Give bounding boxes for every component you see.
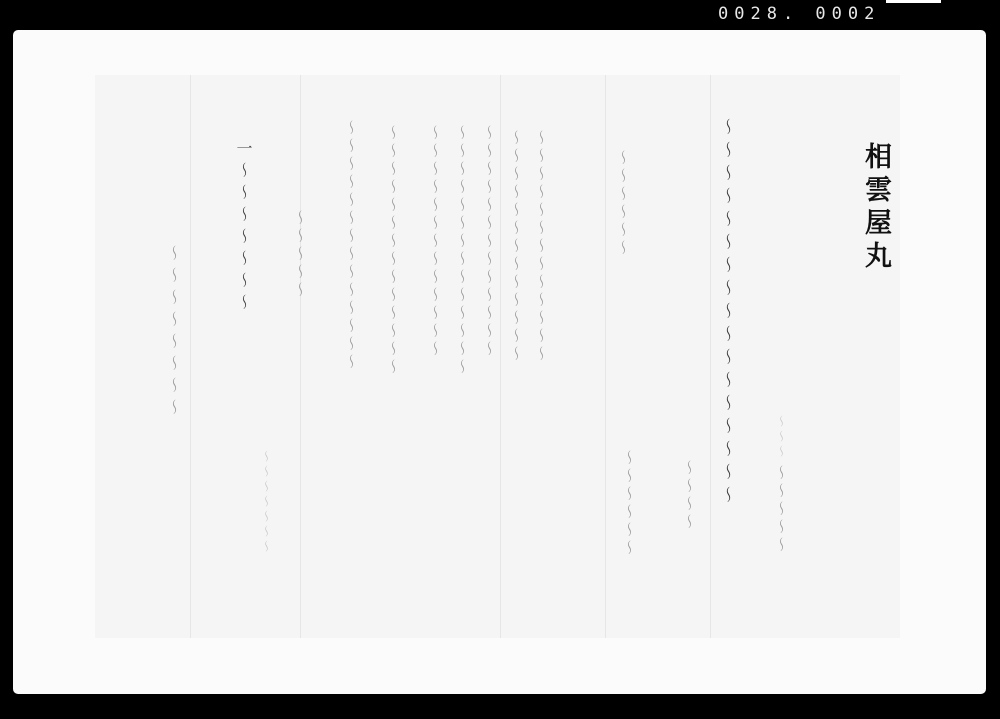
text-column: 〜〜〜〜〜〜〜〜〜〜〜〜〜〜 — [343, 120, 358, 372]
frame-number: 0028. 0002 — [718, 4, 880, 24]
text-column: 〜〜〜〜〜〜〜〜〜〜〜〜〜 — [533, 130, 548, 364]
fold-line — [500, 75, 501, 638]
text-column: 〜〜〜〜〜〜〜〜〜〜〜〜〜〜 — [454, 125, 469, 377]
text-column: 〜〜〜〜〜 — [292, 210, 307, 300]
text-column: 〜〜〜〜 — [681, 460, 696, 532]
signature-column: 〜〜〜〜〜〜〜〜 — [165, 245, 181, 421]
text-column: 〜〜〜〜〜〜〜〜〜〜〜〜〜 — [481, 125, 496, 359]
film-marker — [886, 0, 941, 3]
text-column: 〜〜〜〜〜〜〜〜〜〜〜〜〜〜 — [385, 125, 400, 377]
text-column: 〜〜〜〜〜〜〜 — [260, 450, 272, 555]
text-column: 一〜〜〜〜〜〜〜 — [235, 140, 251, 316]
text-column: 〜〜〜〜〜〜〜〜〜〜〜〜〜 — [508, 130, 523, 364]
text-column: 〜〜〜〜〜〜〜〜〜〜〜〜〜 — [427, 125, 442, 359]
fold-line — [190, 75, 191, 638]
fold-line — [605, 75, 606, 638]
document-title: 相雲屋丸 — [856, 142, 895, 274]
text-column: 〜〜〜〜〜〜〜〜〜〜〜〜〜〜〜〜〜 — [717, 118, 734, 509]
text-column: 〜〜〜 — [775, 415, 787, 460]
text-column: 〜〜〜〜〜〜 — [615, 150, 630, 258]
text-column: 〜〜〜〜〜〜 — [621, 450, 636, 558]
text-column: 〜〜〜〜〜 — [773, 465, 788, 555]
fold-line — [710, 75, 711, 638]
scan-mount: 相雲屋丸 〜〜〜〜〜〜〜〜〜〜〜〜〜〜〜〜〜 〜〜〜〜〜 〜〜〜 〜〜〜〜 〜〜… — [13, 30, 986, 694]
fold-line — [300, 75, 301, 638]
